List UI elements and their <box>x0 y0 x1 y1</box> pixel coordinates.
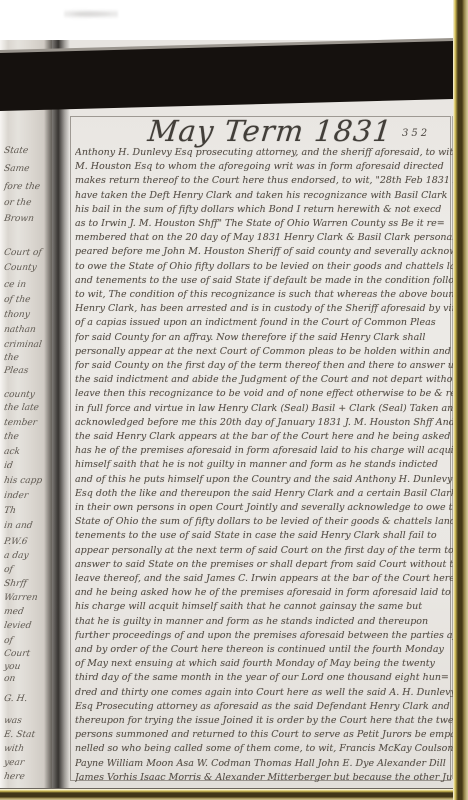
page-number: 352 <box>402 128 430 139</box>
body-line: M. Houston Esq to whom the aforegoing wr… <box>75 160 453 174</box>
margin-note: G. H. <box>3 694 50 704</box>
margin-note: his capp <box>3 476 50 486</box>
body-line: his charge will acquit himself saith tha… <box>75 600 453 614</box>
body-line: leave then this recognizance to be void … <box>75 387 453 401</box>
body-line: have taken the Deft Henry Clark and take… <box>75 189 453 203</box>
body-line: acknowledged before me this 20th day of … <box>75 416 453 430</box>
body-line: and tenements to the use of said State i… <box>75 274 453 288</box>
body-line: has he of the premises aforesaid in form… <box>75 444 453 458</box>
body-line: and by order of the Court here thereon i… <box>75 643 453 657</box>
scanned-court-record-screenshot: { "document": { "title": "May Term 1831"… <box>0 0 468 800</box>
body-line: further proceedings of and upon the prem… <box>75 629 453 643</box>
body-line: appear personally at the next term of sa… <box>75 544 453 558</box>
margin-note: med <box>3 607 50 617</box>
margin-note: with <box>3 744 50 754</box>
margin-note: Same <box>3 164 50 174</box>
body-line: to wit, The condition of this recognizan… <box>75 288 453 302</box>
margin-note: year <box>3 758 50 768</box>
margin-note: fore the <box>3 182 50 192</box>
body-line: that he is guilty in manner and form as … <box>75 615 453 629</box>
margin-note: a day <box>3 551 50 561</box>
body-line: as to Irwin J. M. Houston Shff" The Stat… <box>75 217 453 231</box>
body-line: the said indictment and abide the Judgme… <box>75 373 453 387</box>
margin-note: was <box>3 716 50 726</box>
margin-note: nathan <box>3 325 50 335</box>
body-line: in their own persons in open Court Joint… <box>75 501 453 515</box>
margin-note: Pleas <box>3 366 50 376</box>
body-line: nelled so who being called some of them … <box>75 742 453 756</box>
margin-note: the late <box>3 403 50 413</box>
body-line: Henry Clark, has been arrested and is in… <box>75 302 453 316</box>
margin-note: id <box>3 461 50 471</box>
margin-note: the <box>3 432 50 442</box>
body-line: of May next ensuing at which said fourth… <box>75 657 453 671</box>
margin-note: criminal <box>3 340 50 350</box>
margin-note: P.W.6 <box>3 537 50 547</box>
margin-note: ack <box>3 447 50 457</box>
margin-note: inder <box>3 491 50 501</box>
olive-border-bottom <box>0 789 468 800</box>
margin-note: here <box>3 772 50 782</box>
margin-note: ce in <box>3 280 50 290</box>
margin-note: the <box>3 353 50 363</box>
body-line: James Vorhis Isaac Morris & Alexander Mi… <box>75 771 453 785</box>
body-line: for said County for an affray. Now there… <box>75 331 453 345</box>
margin-note: tember <box>3 418 50 428</box>
margin-note: E. Stat <box>3 730 50 740</box>
body-line: himself saith that he is not guilty in m… <box>75 458 453 472</box>
margin-note: County <box>3 263 50 273</box>
margin-note: State <box>3 146 50 156</box>
body-line: Esq doth the like and thereupon the said… <box>75 487 453 501</box>
margin-note: levied <box>3 621 50 631</box>
body-line: answer to said State on the premises or … <box>75 558 453 572</box>
body-line: Payne William Moon Asa W. Codman Thomas … <box>75 757 453 771</box>
paper-smudge <box>64 8 118 20</box>
body-line: tenements to the use of said State in ca… <box>75 529 453 543</box>
body-line: in full force and virtue in law Henry Cl… <box>75 402 453 416</box>
ledger-page-photo: May Term 1831 352 Anthony H. Dunlevy Esq… <box>0 40 455 790</box>
margin-note: on <box>3 674 50 684</box>
body-line: of a capias issued upon an indictment fo… <box>75 316 453 330</box>
body-line: Anthony H. Dunlevy Esq prosecuting attor… <box>75 146 453 160</box>
body-line: his bail in the sum of fifty dollars whi… <box>75 203 453 217</box>
body-line: personally appear at the next Court of C… <box>75 345 453 359</box>
body-line: Esq Prosecuting attorney as aforesaid as… <box>75 700 453 714</box>
margin-note: thony <box>3 310 50 320</box>
margin-note: Court <box>3 649 50 659</box>
body-line: and he being asked how he of the premise… <box>75 586 453 600</box>
margin-note: Brown <box>3 214 50 224</box>
margin-note: Shrff <box>3 579 50 589</box>
margin-note: county <box>3 390 50 400</box>
margin-note: in and <box>3 521 50 531</box>
body-line: dred and thirty one comes again into Cou… <box>75 686 453 700</box>
body-line: the said Henry Clark appears at the bar … <box>75 430 453 444</box>
body-line: membered that on the 20 day of May 1831 … <box>75 231 453 245</box>
margin-note: Th <box>3 506 50 516</box>
margin-note: of the <box>3 295 50 305</box>
body-line: for said County on the first day of the … <box>75 359 453 373</box>
margin-note: you <box>3 662 50 672</box>
body-line: State of Ohio the sum of fifty dollars t… <box>75 515 453 529</box>
page-title: May Term 1831 <box>146 114 380 148</box>
body-line: peared before me John M. Houston Sheriff… <box>75 245 453 259</box>
body-line: persons summoned and returned to this Co… <box>75 728 453 742</box>
body-line: third day of the same month in the year … <box>75 671 453 685</box>
olive-border-right <box>453 0 468 800</box>
body-line: makes return thereof to the Court here t… <box>75 174 453 188</box>
body-line: and of this he puts himself upon the Cou… <box>75 473 453 487</box>
body-line: thereupon for trying the issue Joined it… <box>75 714 453 728</box>
margin-note: Court of <box>3 248 50 258</box>
margin-note: of <box>3 636 50 646</box>
margin-note: Warren <box>3 593 50 603</box>
body-line: leave thereof, and the said James C. Irw… <box>75 572 453 586</box>
body-line: to owe the State of Ohio fifty dollars t… <box>75 260 453 274</box>
margin-note: or the <box>3 198 50 208</box>
margin-note: of <box>3 565 50 575</box>
